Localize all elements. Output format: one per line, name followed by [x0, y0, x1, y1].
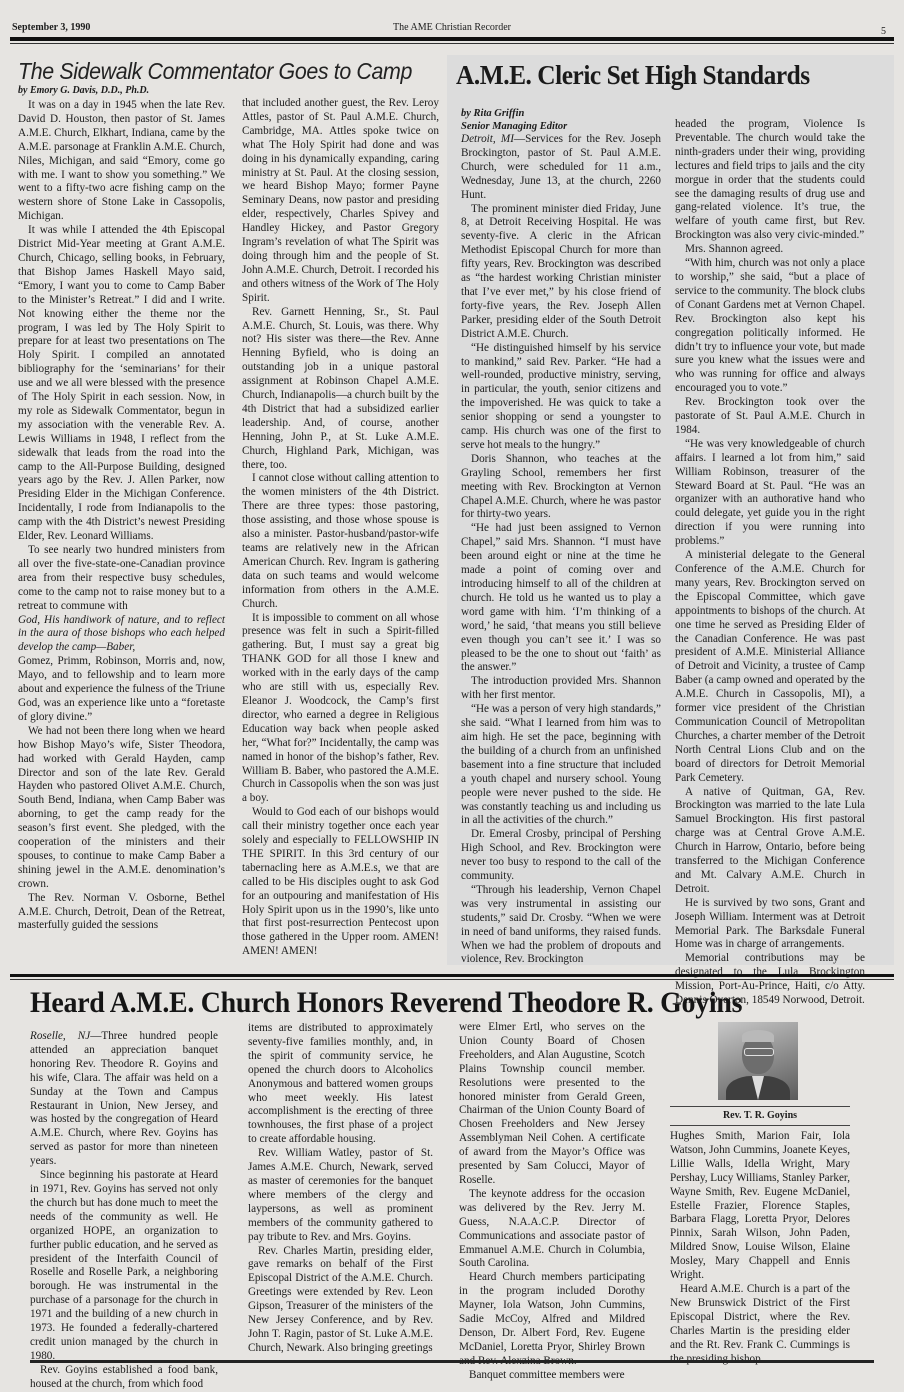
paragraph: The introduction provided Mrs. Shannon w… [461, 675, 661, 703]
paragraph: Doris Shannon, who teaches at the Grayli… [461, 453, 661, 523]
heard-column-1: Roselle, NJ—Three hundred people attende… [30, 1030, 218, 1392]
paragraph: “Through his leadership, Vernon Chapel w… [461, 884, 661, 967]
caption-rule [670, 1106, 850, 1107]
masthead-rule-thin [10, 43, 894, 44]
paragraph: I cannot close without calling attention… [242, 472, 439, 611]
masthead-rule [10, 37, 894, 41]
paragraph: He is survived by two sons, Grant and Jo… [675, 897, 865, 953]
paragraph: Rev. Charles Martin, presiding elder, ga… [248, 1245, 433, 1356]
paragraph: Dr. Emeral Crosby, principal of Pershing… [461, 828, 661, 884]
page-bottom-rule [30, 1360, 874, 1363]
page-number: 5 [881, 26, 886, 37]
photo-caption: Rev. T. R. Goyins [670, 1110, 850, 1121]
paragraph: Rev. William Watley, pastor of St. James… [248, 1147, 433, 1244]
paragraph: —Three hundred people attended an apprec… [30, 1030, 218, 1167]
paragraph: A native of Quitman, GA, Rev. Brockingto… [675, 786, 865, 897]
article-title-sidewalk: The Sidewalk Commentator Goes to Camp [18, 58, 412, 85]
dateline: Roselle, NJ [30, 1030, 90, 1042]
paragraph: We had not been there long when we heard… [18, 725, 225, 892]
heard-column-4: Hughes Smith, Marion Fair, Iola Watson, … [670, 1130, 850, 1366]
paragraph: Would to God each of our bishops would c… [242, 806, 439, 959]
paragraph: headed the program, Violence Is Preventa… [675, 118, 865, 243]
paragraph: Hughes Smith, Marion Fair, Iola Watson, … [670, 1130, 850, 1283]
paragraph: The keynote address for the occasion was… [459, 1188, 645, 1271]
sidewalk-column-2: that included another guest, the Rev. Le… [242, 97, 439, 959]
article-title-cleric: A.M.E. Cleric Set High Standards [456, 60, 810, 91]
paragraph: Banquet committee members were [459, 1369, 645, 1383]
paragraph: The prominent minister died Friday, June… [461, 203, 661, 342]
heard-column-3: were Elmer Ertl, who serves on the Union… [459, 1021, 645, 1383]
sidewalk-column-1: It was on a day in 1945 when the late Re… [18, 99, 225, 933]
paragraph: A ministerial delegate to the General Co… [675, 549, 865, 785]
paragraph: Gomez, Primm, Robinson, Morris and, now,… [18, 655, 225, 725]
paragraph: It is impossible to comment on all whose… [242, 612, 439, 807]
byline-cleric: by Rita Griffin [461, 107, 661, 120]
byline-role-cleric: Senior Managing Editor [461, 120, 661, 133]
cleric-column-2: headed the program, Violence Is Preventa… [675, 118, 865, 1008]
paragraph: Rev. Brockington took over the pastorate… [675, 396, 865, 438]
paragraph: Since beginning his pastorate at Heard i… [30, 1169, 218, 1364]
paragraph-italic: God, His handiwork of nature, and to ref… [18, 614, 225, 656]
paragraph: Heard A.M.E. Church is a part of the New… [670, 1283, 850, 1366]
article-title-heard: Heard A.M.E. Church Honors Reverend Theo… [30, 986, 742, 1020]
paragraph: To see nearly two hundred ministers from… [18, 544, 225, 614]
paragraph: items are distributed to approximately s… [248, 1022, 433, 1147]
paragraph: that included another guest, the Rev. Le… [242, 97, 439, 306]
paragraph: It was while I attended the 4th Episcopa… [18, 224, 225, 544]
paragraph: Rev. Goyins established a food bank, hou… [30, 1364, 218, 1392]
paragraph: It was on a day in 1945 when the late Re… [18, 99, 225, 224]
paragraph: “With him, church was not only a place t… [675, 257, 865, 396]
section-divider [10, 974, 894, 977]
paragraph: Heard Church members participating in th… [459, 1271, 645, 1368]
paragraph: “He had just been assigned to Vernon Cha… [461, 522, 661, 675]
publication-name: The AME Christian Recorder [12, 22, 892, 33]
caption-rule [670, 1125, 850, 1126]
paragraph: “He was a person of very high standards,… [461, 703, 661, 828]
paragraph: “He was very knowledgeable of church aff… [675, 438, 865, 549]
paragraph: The Rev. Norman V. Osborne, Bethel A.M.E… [18, 892, 225, 934]
heard-column-2: items are distributed to approximately s… [248, 1022, 433, 1356]
paragraph: Rev. Garnett Henning, Sr., St. Paul A.M.… [242, 306, 439, 473]
paragraph: “He distinguished himself by his service… [461, 342, 661, 453]
paragraph: Mrs. Shannon agreed. [675, 243, 865, 257]
newspaper-page: September 3, 1990 The AME Christian Reco… [0, 0, 904, 1392]
section-divider-thin [10, 979, 894, 980]
dateline: Detroit, MI [461, 133, 514, 145]
cleric-column-1: by Rita Griffin Senior Managing Editor D… [461, 107, 661, 967]
portrait-photo [718, 1022, 798, 1100]
byline-sidewalk: by Emory G. Davis, D.D., Ph.D. [18, 85, 149, 96]
paragraph: were Elmer Ertl, who serves on the Union… [459, 1021, 645, 1188]
